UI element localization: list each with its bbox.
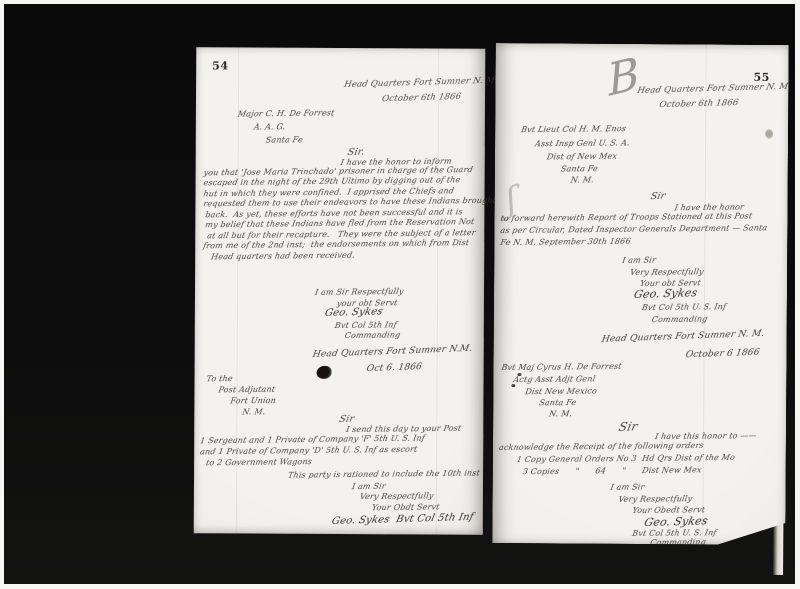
smudge-mark [765, 129, 773, 139]
dateline-line: October 6 1866 [685, 348, 761, 361]
flourish-initial: B [606, 52, 642, 104]
closing-line: Bvt Col 5th U. S. Inf [632, 528, 718, 538]
addressee-line: Santa Fe [265, 135, 304, 144]
body-line: my belief that these Indians have fled f… [205, 217, 476, 229]
dateline-line: October 6th 1866 [381, 92, 462, 104]
closing-line: Bvt Col 5th U. S. Inf [641, 302, 727, 312]
scan-background: 54 Head Quarters Fort Sumner N. M. Octob… [4, 4, 795, 584]
body-line: and 1 Private of Company 'D' 5th U. S. I… [199, 445, 418, 457]
closing-line: I am Sir [621, 256, 656, 265]
closing-line: I am Sir [610, 482, 645, 491]
addressee-line: N. M. [570, 175, 595, 184]
ink-speck [511, 384, 515, 387]
closing-line: Very Respectfully [618, 494, 693, 504]
closing-line: Your Obdt Servt [371, 502, 440, 512]
addressee-line: Bvt Lieut Col H. M. Enos [520, 124, 626, 134]
addressee-line: Fort Union [230, 396, 277, 406]
closing-line: Commanding [651, 315, 708, 325]
body-line: 3 Copies " 64 " Dist New Mex [522, 465, 702, 476]
dateline-line: Oct 6. 1866 [366, 362, 423, 374]
signature: Geo. Sykes Bvt Col 5th Inf [331, 512, 475, 527]
signature: Geo. Sykes [643, 514, 709, 529]
body-line: as per Circular, Dated Inspector General… [500, 223, 768, 235]
ink-blot [317, 366, 332, 379]
salutation: Sir. [347, 147, 366, 158]
closing-line: Your Obedt Servt [632, 505, 706, 515]
body-line: escaped in the night of the 29th Ultimo … [203, 175, 461, 187]
body-line: to forward herewith Report of Troops Sta… [500, 211, 753, 223]
salutation: Sir [649, 191, 666, 202]
margin-rule-line [702, 44, 706, 544]
addressee-line: Asst Insp Genl U. S. A. [534, 138, 630, 148]
addressee-line: N. M. [242, 407, 267, 416]
body-line: This party is rationed to include the 10… [287, 468, 480, 479]
right-page-wrap: 55 B ʃ Head Quarters Fort Sumner N. M. O… [492, 43, 788, 545]
closing-line: Commanding [344, 330, 401, 340]
addressee-line: Dist New Mexico [525, 386, 598, 396]
addressee-line: Major C. H. De Forrest [237, 108, 335, 118]
closing-line: Very Respectfully [629, 267, 704, 277]
addressee-line: Actg Asst Adjt Genl [513, 374, 596, 384]
body-line: I send this day to your Post [346, 424, 463, 434]
addressee-line: N. M. [548, 409, 573, 418]
dateline-line: Head Quarters Fort Sumner N. M. [636, 82, 791, 96]
body-line: Head quarters had been received. [210, 251, 355, 262]
salutation: Sir [338, 414, 355, 425]
addressee-line: Post Adjutant [218, 385, 276, 395]
closing-line: Bvt Col 5th Inf [334, 320, 397, 330]
signature: Geo. Sykes [324, 306, 384, 319]
margin-rule-line [436, 49, 440, 535]
addressee-line: To the [206, 374, 234, 383]
addressee-line: Santa Fe [560, 164, 599, 173]
signature: Geo. Sykes [633, 286, 699, 301]
dateline-line: Head Quarters Fort Sumner N. M. [601, 329, 765, 345]
salutation: Sir [618, 419, 639, 433]
body-line: I have this honor to —— [654, 431, 757, 441]
right-page: 55 B ʃ Head Quarters Fort Sumner N. M. O… [492, 43, 788, 545]
closing-line: Very Respectfully [359, 491, 434, 501]
body-line: from me of the 2nd inst; the endorsement… [202, 238, 469, 250]
left-page: 54 Head Quarters Fort Sumner N. M. Octob… [194, 47, 486, 535]
dateline-line: Head Quarters Fort Sumner N. M. [343, 76, 498, 91]
body-line: acknowledge the Receipt of the following… [498, 441, 704, 452]
addressee-line: Dist of New Mex [546, 152, 618, 162]
stray-pen-mark: ʃ [505, 182, 517, 218]
body-line: Fe N. M. September 30th 1866 [500, 237, 632, 247]
closing-line: Commanding [650, 538, 707, 548]
closing-line: I am Sir [351, 482, 386, 491]
addressee-line: A. A. G. [253, 122, 286, 131]
body-line: to 2 Government Wagons [205, 457, 312, 467]
closing-line: I am Sir Respectfully [314, 287, 404, 297]
addressee-line: Santa Fe [538, 398, 577, 407]
dateline-line: October 6th 1866 [658, 98, 739, 110]
addressee-line: Bvt Maj Cyrus H. De Forrest [501, 362, 623, 372]
page-number: 54 [212, 59, 228, 72]
dateline-line: Head Quarters Fort Sumner N.M. [312, 344, 473, 360]
body-line: 1 Sergeant and 1 Private of Company 'F' … [199, 434, 425, 446]
document-scan-frame: 54 Head Quarters Fort Sumner N. M. Octob… [0, 0, 800, 589]
